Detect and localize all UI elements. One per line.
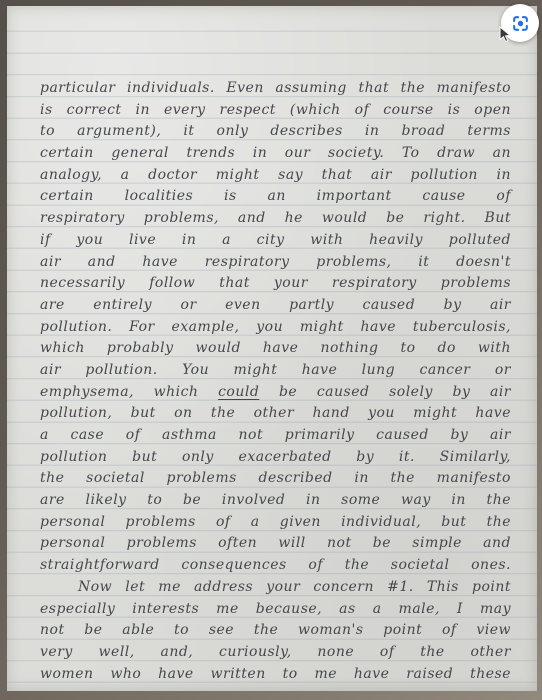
line-text: emphysema, which [40,384,218,400]
manuscript-line: to argument), it only describes in broad… [40,121,511,143]
manuscript-line: not be able to see the woman's point of … [40,620,511,642]
manuscript-line: women who have written to me have raised… [40,664,511,686]
manuscript-line: personal problems of a given individual,… [40,512,511,534]
manuscript-line: certain general trends in our society. T… [40,143,511,165]
line-text: be caused solely by air [259,384,511,400]
manuscript-line: personal problems often will not be simp… [40,533,511,555]
manuscript-line: pollution, but on the other hand you mig… [40,403,511,425]
manuscript-line: particular individuals. Even assuming th… [40,78,511,100]
manuscript-line: are entirely or even partly caused by ai… [40,295,511,317]
manuscript-line: Now let me address your concern #1. This… [40,577,511,599]
manuscript-line: respiratory problems, and he would be ri… [40,208,511,230]
manuscript-line: are likely to be involved in some way in… [40,490,511,512]
manuscript-line: straightforward consequences of the soci… [40,555,511,577]
manuscript-line: a case of asthma not primarily caused by… [40,425,511,447]
manuscript-line: very well, and, curiously, none of the o… [40,642,511,664]
paper-sheet: particular individuals. Even assuming th… [7,6,537,691]
manuscript-line: air and have respiratory problems, it do… [40,252,511,274]
manuscript-line: especially interests me because, as a ma… [40,599,511,621]
manuscript-line: is correct in every respect (which of co… [40,100,511,122]
manuscript-line: emphysema, which could be caused solely … [40,382,511,404]
lens-search-icon [511,14,530,33]
lens-search-button[interactable] [501,4,539,42]
underlined-word: could [218,384,259,400]
photographed-document-page: particular individuals. Even assuming th… [0,0,542,700]
manuscript-line: the societal problems described in the m… [40,468,511,490]
manuscript-lines: particular individuals. Even assuming th… [40,78,511,691]
manuscript-line: analogy, a doctor might say that air pol… [40,165,511,187]
manuscript-line: if you live in a city with heavily pollu… [40,230,511,252]
manuscript-line: pollution. For example, you might have t… [40,317,511,339]
manuscript-line: air pollution. You might have lung cance… [40,360,511,382]
manuscript-line: which probably would have nothing to do … [40,338,511,360]
manuscript-line: pollution but only exacerbated by it. Si… [40,447,511,469]
manuscript-line: certain localities is an important cause… [40,186,511,208]
manuscript-line: necessarily follow that your respiratory… [40,273,511,295]
